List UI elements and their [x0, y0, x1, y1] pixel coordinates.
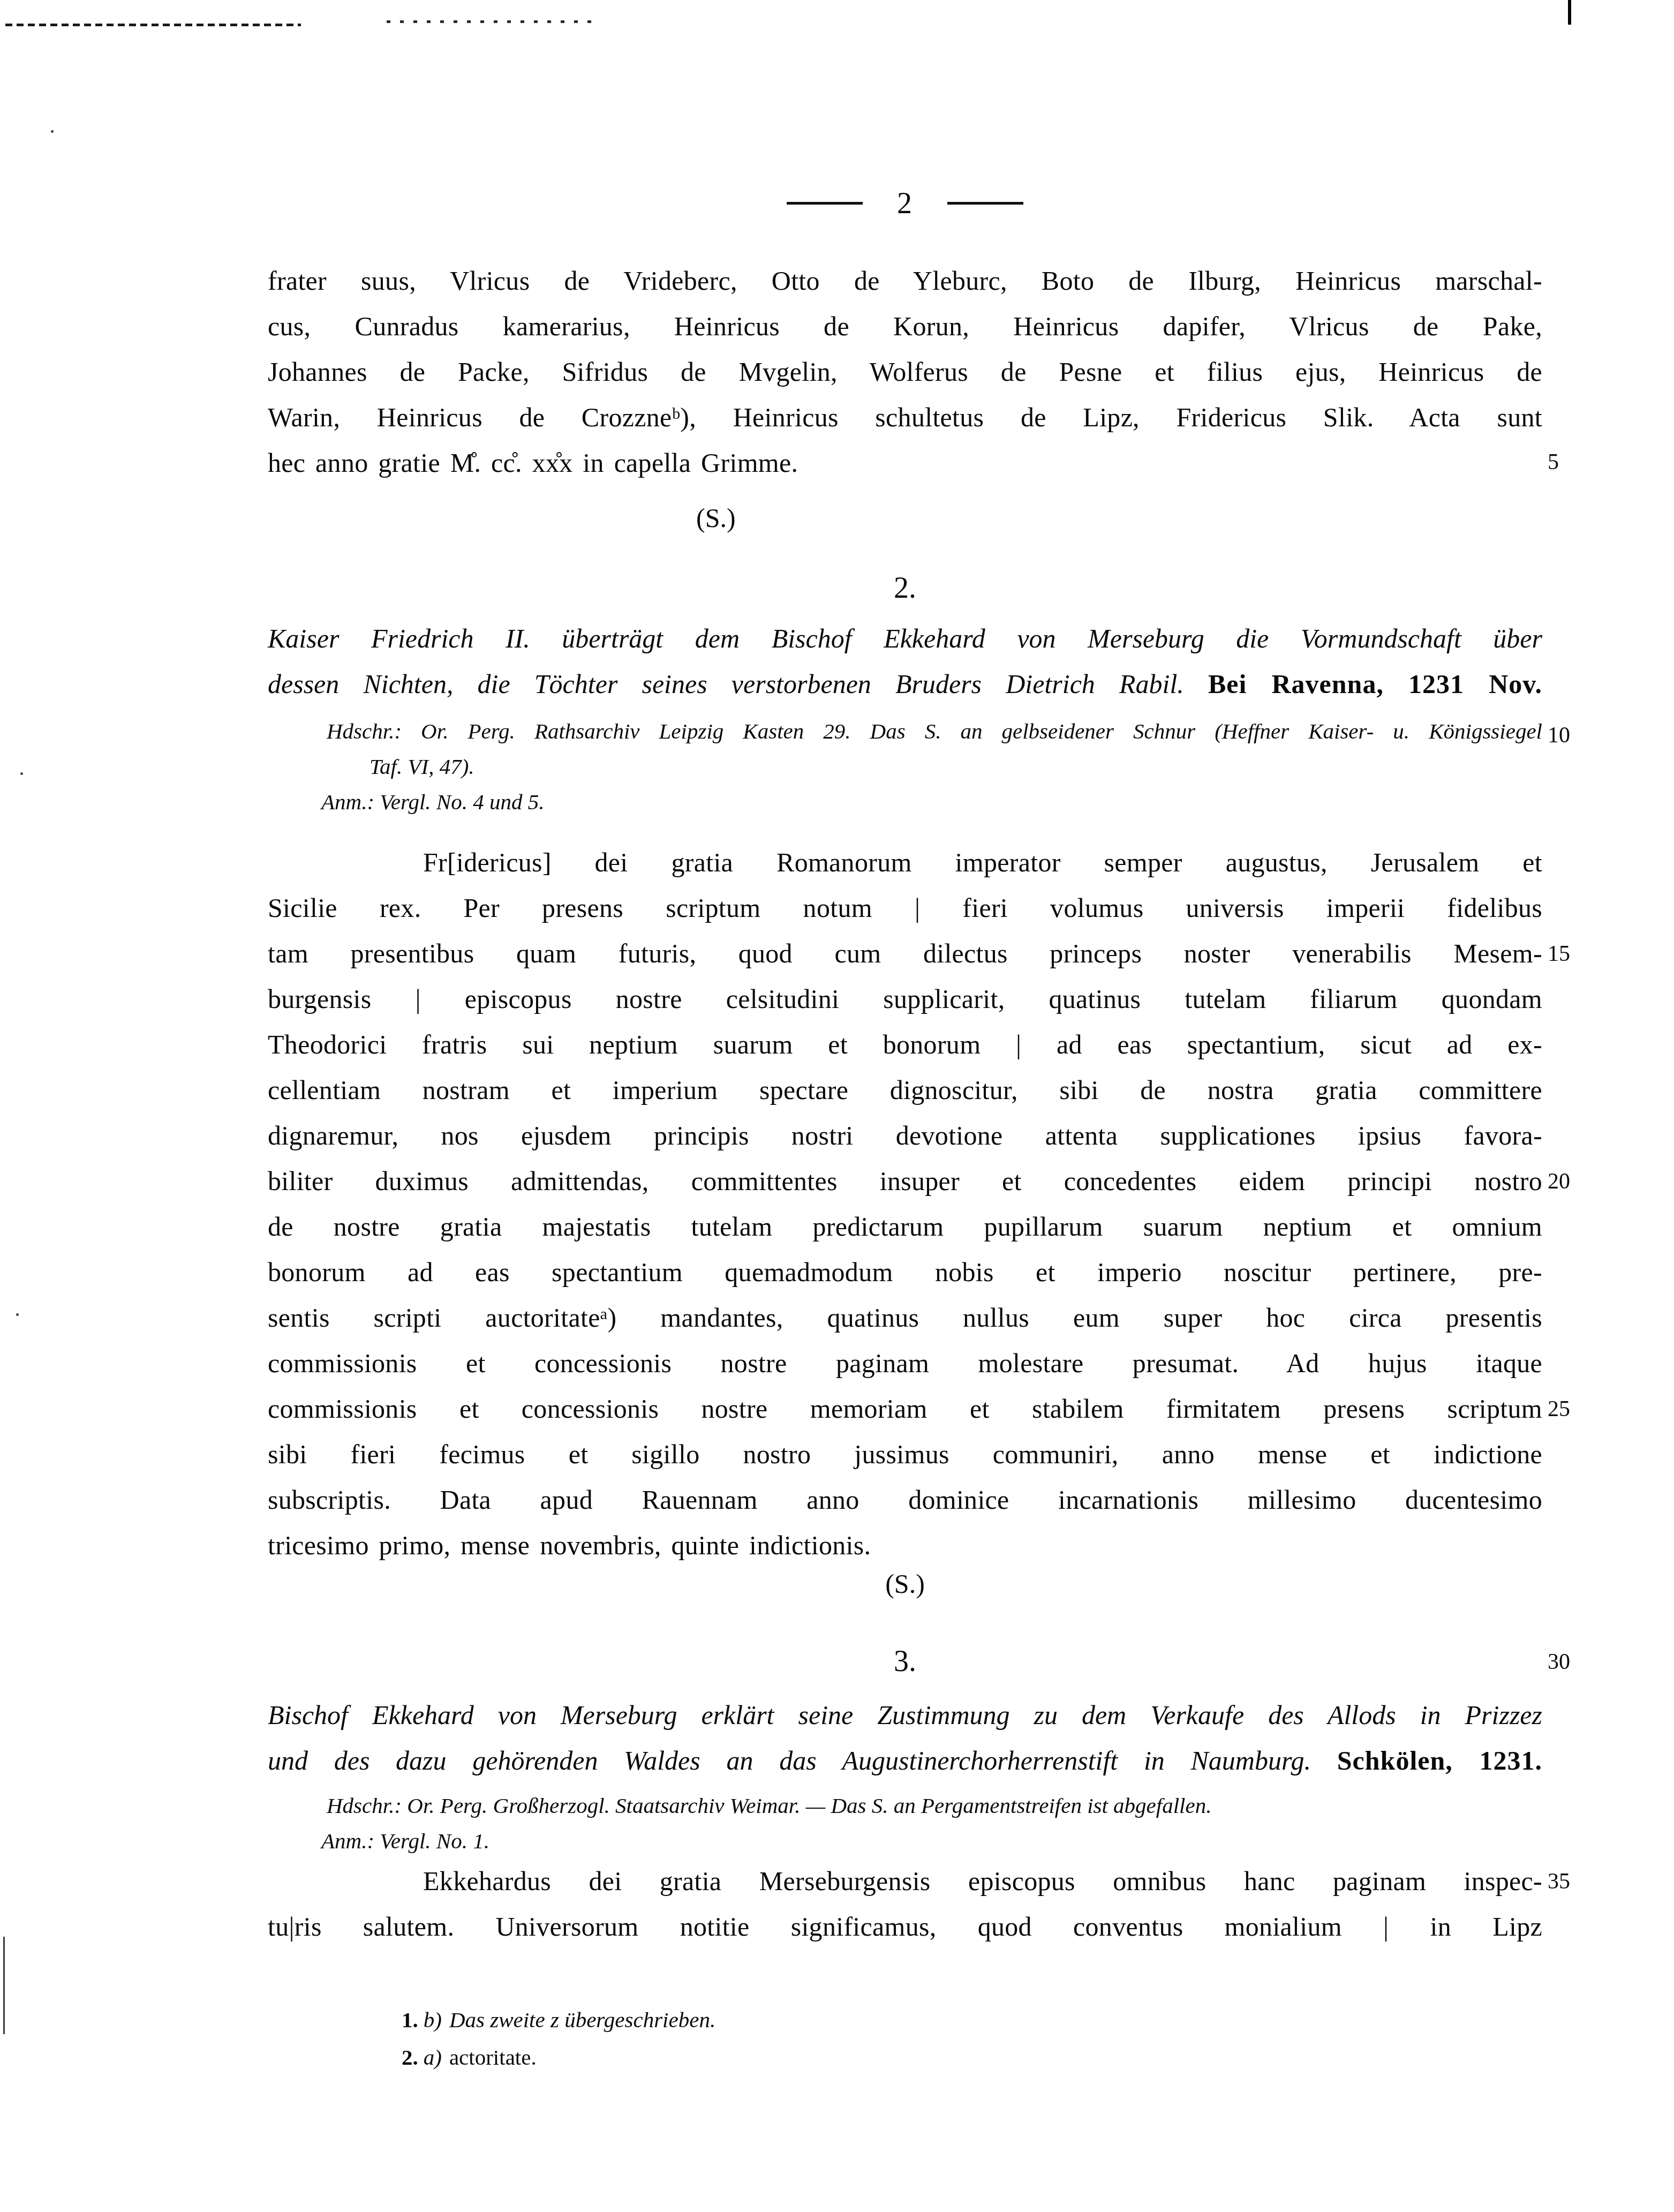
summary-place-date: Schkölen, 1231. [1337, 1745, 1542, 1775]
margin-line-number: 35 [1548, 1868, 1623, 1895]
text-line: tu|ris salutem. Universorum notitie sign… [268, 1904, 1542, 1950]
footnote-marker: a) [418, 2045, 449, 2070]
text-line: dignaremur, nos ejusdem principis nostri… [268, 1113, 1542, 1158]
doc2-summary: Kaiser Friedrich II. überträgt dem Bisch… [268, 616, 1542, 707]
scan-artifact-edge-mark [1568, 0, 1571, 25]
text-line: subscriptis. Data apud Rauennam anno dom… [268, 1477, 1542, 1523]
text-line: Fr[idericus] dei gratia Romanorum impera… [268, 840, 1542, 885]
footnote-marker: b) [418, 2007, 449, 2032]
summary-text: Kaiser Friedrich II. überträgt dem Bisch… [268, 623, 1542, 653]
source-line-hdschr: Hdschr.: Or. Perg. Rathsarchiv Leipzig K… [268, 713, 1542, 749]
text-line: burgensis | episcopus nostre celsitudini… [268, 976, 1542, 1022]
scan-artifact-speck [51, 130, 54, 133]
scan-artifact-dashed-line [5, 24, 301, 26]
text-line: Ekkehardus dei gratia Merseburgensis epi… [268, 1859, 1542, 1904]
doc2-body: Fr[idericus] dei gratia Romanorum impera… [268, 840, 1542, 1568]
scanned-book-page: 2 frater suus, Vlricus de Vrideberc, Ott… [0, 0, 1674, 2212]
doc1-body: frater suus, Vlricus de Vrideberc, Otto … [268, 258, 1542, 486]
text-line: sibi fieri fecimus et sigillo nostro jus… [268, 1432, 1542, 1477]
text-line: cus, Cunradus kamerarius, Heinricus de K… [268, 304, 1542, 349]
summary-line: Kaiser Friedrich II. überträgt dem Bisch… [268, 616, 1542, 661]
text-line: Sicilie rex. Per presens scriptum notum … [268, 885, 1542, 931]
text-line: commissionis et concessionis nostre pagi… [268, 1341, 1542, 1386]
doc1-seal-mark: (S.) [268, 495, 1674, 541]
doc2-source-note: Hdschr.: Or. Perg. Rathsarchiv Leipzig K… [268, 713, 1542, 819]
summary-text: und des dazu gehörenden Waldes an das Au… [268, 1745, 1311, 1775]
summary-line: dessen Nichten, die Töchter seines verst… [268, 661, 1542, 707]
source-line-hdschr: Hdschr.: Or. Perg. Großherzogl. Staatsar… [268, 1788, 1542, 1823]
text-line: cellentiam nostram et imperium spectare … [268, 1067, 1542, 1113]
summary-text: dessen Nichten, die Töchter seines verst… [268, 669, 1184, 699]
scan-artifact-speck [16, 1313, 19, 1316]
text-line: biliter duximus admittendas, committente… [268, 1158, 1542, 1204]
doc3-source-note: Hdschr.: Or. Perg. Großherzogl. Staatsar… [268, 1788, 1542, 1859]
summary-place-date: Bei Ravenna, 1231 Nov. [1208, 669, 1542, 699]
footnote: 2.a)actoritate. [402, 2038, 715, 2076]
text-line: tam presentibus quam futuris, quod cum d… [268, 931, 1542, 976]
text-line: Warin, Heinricus de Crozzneᵇ), Heinricus… [268, 395, 1542, 440]
text-line: commissionis et concessionis nostre memo… [268, 1386, 1542, 1432]
footnote: 1.b)Das zweite z übergeschrieben. [402, 2001, 715, 2038]
scan-artifact-edge-mark [3, 1937, 5, 2034]
page-number-rule-right [947, 202, 1023, 205]
doc3-number: 3. [268, 1640, 1542, 1683]
source-line-anm: Anm.: Vergl. No. 1. [268, 1823, 1542, 1859]
text-line: hec anno gratie M̊. cc̊. xx̊x in capella… [268, 440, 1542, 486]
page-header: 2 [268, 186, 1542, 221]
text-line: de nostre gratia majestatis tutelam pred… [268, 1204, 1542, 1250]
footnotes: 1.b)Das zweite z übergeschrieben. 2.a)ac… [402, 2001, 715, 2076]
footnote-text: Das zweite z übergeschrieben. [449, 2007, 715, 2032]
footnote-number: 2. [402, 2045, 418, 2070]
doc2-seal-mark: (S.) [268, 1561, 1542, 1607]
page-number: 2 [891, 186, 919, 221]
footnote-number: 1. [402, 2007, 418, 2032]
margin-line-number: 15 [1548, 941, 1623, 967]
text-line: bonorum ad eas spectantium quemadmodum n… [268, 1250, 1542, 1295]
source-line-anm: Anm.: Vergl. No. 4 und 5. [268, 784, 1542, 819]
page-number-rule-left [787, 202, 863, 205]
scan-artifact-speck [20, 772, 23, 775]
summary-line: und des dazu gehörenden Waldes an das Au… [268, 1738, 1542, 1784]
text-line: sentis scripti auctoritateᵃ) mandantes, … [268, 1295, 1542, 1341]
doc3-body: Ekkehardus dei gratia Merseburgensis epi… [268, 1859, 1542, 1950]
margin-line-number: 10 [1548, 722, 1623, 749]
text-line: Theodorici fratris sui neptium suarum et… [268, 1022, 1542, 1067]
page-content: 2 frater suus, Vlricus de Vrideberc, Ott… [268, 0, 1542, 2212]
margin-line-number: 5 [1548, 449, 1623, 476]
source-line-continuation: Taf. VI, 47). [268, 749, 1542, 784]
doc3-summary: Bischof Ekkehard von Merseburg erklärt s… [268, 1692, 1542, 1784]
doc2-number: 2. [268, 567, 1542, 610]
summary-line: Bischof Ekkehard von Merseburg erklärt s… [268, 1692, 1542, 1738]
text-line: Johannes de Packe, Sifridus de Mvgelin, … [268, 349, 1542, 395]
margin-line-number: 20 [1548, 1168, 1623, 1195]
footnote-text: actoritate. [449, 2045, 537, 2070]
margin-line-number: 25 [1548, 1396, 1623, 1423]
summary-text: Bischof Ekkehard von Merseburg erklärt s… [268, 1700, 1542, 1730]
text-line: frater suus, Vlricus de Vrideberc, Otto … [268, 258, 1542, 304]
margin-line-number: 30 [1548, 1649, 1623, 1675]
